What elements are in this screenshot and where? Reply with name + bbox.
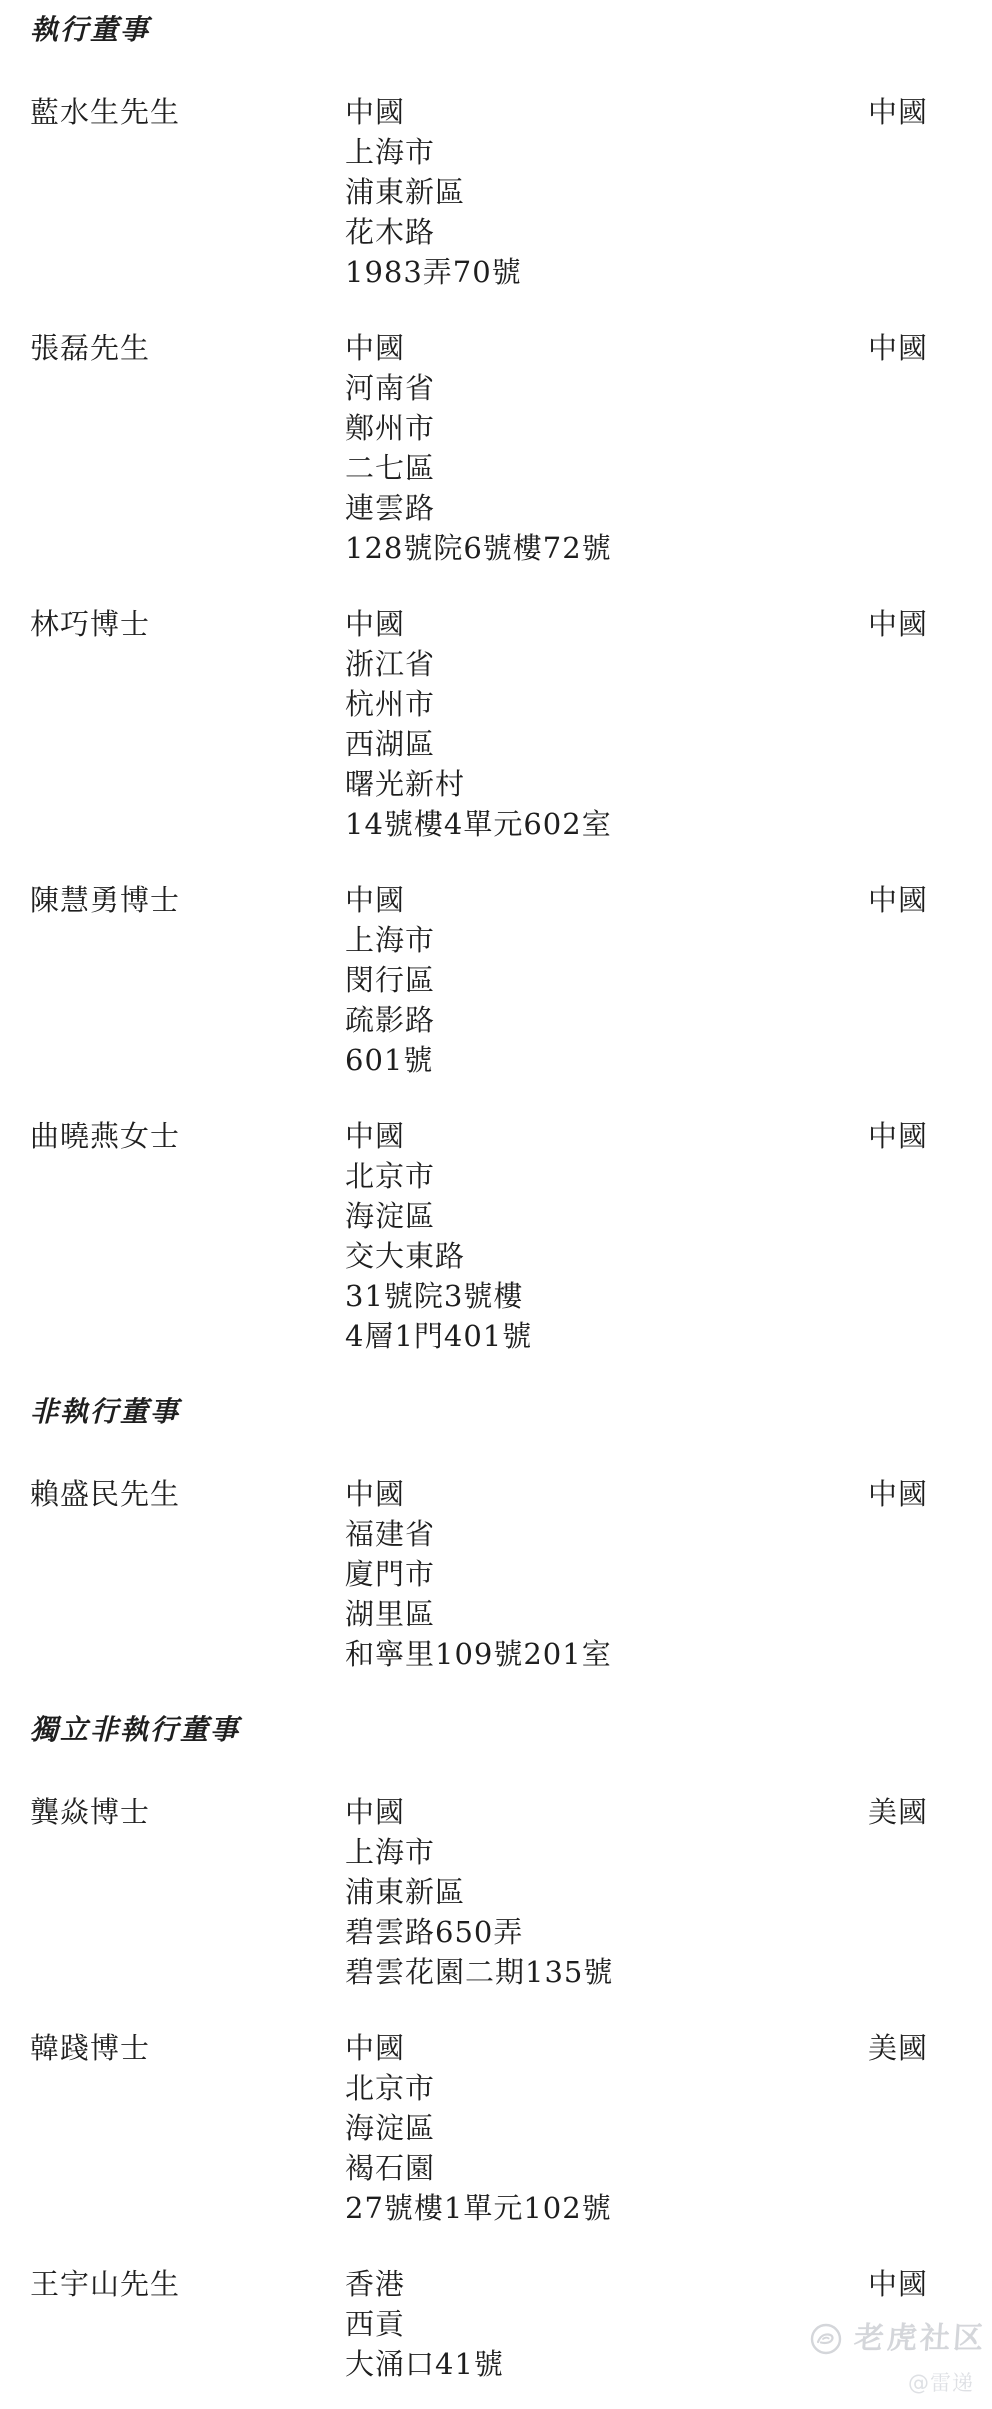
watermark-brand-row: 老虎社区 [810, 2319, 986, 2359]
section-body: 藍水生先生 中國上海市浦東新區花木路1983弄70號 中國 張磊先生 中國河南省… [30, 92, 992, 1356]
director-nationality: 中國 [868, 604, 992, 644]
address-line: 128號院6號樓72號 [345, 528, 868, 568]
address-line: 中國 [345, 328, 868, 368]
address-line: 疏影路 [345, 1000, 868, 1040]
address-line: 大涌口41號 [345, 2344, 868, 2384]
address-line: 中國 [345, 1116, 868, 1156]
director-row: 韓踐博士 中國北京市海淀區褐石園27號樓1單元102號 美國 [30, 2028, 992, 2228]
director-name: 曲曉燕女士 [30, 1116, 345, 1156]
watermark-author-text: @雷递 [810, 2363, 974, 2403]
section-body: 龔焱博士 中國上海市浦東新區碧雲路650弄碧雲花園二期135號 美國 韓踐博士 … [30, 1792, 992, 2384]
director-name: 賴盛民先生 [30, 1474, 345, 1514]
address-line: 西貢 [345, 2304, 868, 2344]
director-section: 獨立非執行董事 龔焱博士 中國上海市浦東新區碧雲路650弄碧雲花園二期135號 … [30, 1710, 992, 2384]
director-nationality: 美國 [868, 2028, 992, 2068]
director-row: 陳慧勇博士 中國上海市閔行區疏影路601號 中國 [30, 880, 992, 1080]
address-line: 廈門市 [345, 1554, 868, 1594]
director-address: 中國北京市海淀區褐石園27號樓1單元102號 [345, 2028, 868, 2228]
director-row: 龔焱博士 中國上海市浦東新區碧雲路650弄碧雲花園二期135號 美國 [30, 1792, 992, 1992]
director-address: 中國河南省鄭州市二七區連雲路128號院6號樓72號 [345, 328, 868, 568]
address-line: 浦東新區 [345, 1872, 868, 1912]
address-line: 中國 [345, 1474, 868, 1514]
section-heading-3: 獨立非執行董事 [30, 1710, 992, 1750]
director-row: 林巧博士 中國浙江省杭州市西湖區曙光新村14號樓4單元602室 中國 [30, 604, 992, 844]
address-line: 香港 [345, 2264, 868, 2304]
address-line: 海淀區 [345, 1196, 868, 1236]
director-address: 中國上海市閔行區疏影路601號 [345, 880, 868, 1080]
address-line: 湖里區 [345, 1594, 868, 1634]
director-section: 執行董事 藍水生先生 中國上海市浦東新區花木路1983弄70號 中國 張磊先生 … [30, 10, 992, 1356]
directors-list: 執行董事 藍水生先生 中國上海市浦東新區花木路1983弄70號 中國 張磊先生 … [30, 10, 992, 2384]
director-row: 張磊先生 中國河南省鄭州市二七區連雲路128號院6號樓72號 中國 [30, 328, 992, 568]
section-heading-1: 執行董事 [30, 10, 992, 50]
director-section: 非執行董事 賴盛民先生 中國福建省廈門市湖里區和寧里109號201室 中國 [30, 1392, 992, 1674]
address-line: 27號樓1單元102號 [345, 2188, 868, 2228]
director-address: 中國浙江省杭州市西湖區曙光新村14號樓4單元602室 [345, 604, 868, 844]
address-line: 14號樓4單元602室 [345, 804, 868, 844]
address-line: 交大東路 [345, 1236, 868, 1276]
address-line: 花木路 [345, 212, 868, 252]
address-line: 北京市 [345, 1156, 868, 1196]
address-line: 中國 [345, 880, 868, 920]
address-line: 碧雲花園二期135號 [345, 1952, 868, 1992]
address-line: 鄭州市 [345, 408, 868, 448]
address-line: 褐石園 [345, 2148, 868, 2188]
director-nationality: 中國 [868, 92, 992, 132]
address-line: 閔行區 [345, 960, 868, 1000]
address-line: 浙江省 [345, 644, 868, 684]
director-name: 王宇山先生 [30, 2264, 345, 2304]
address-line: 上海市 [345, 920, 868, 960]
address-line: 連雲路 [345, 488, 868, 528]
address-line: 西湖區 [345, 724, 868, 764]
director-name: 龔焱博士 [30, 1792, 345, 1832]
director-nationality: 中國 [868, 2264, 992, 2304]
address-line: 中國 [345, 92, 868, 132]
director-nationality: 美國 [868, 1792, 992, 1832]
address-line: 上海市 [345, 132, 868, 172]
address-line: 601號 [345, 1040, 868, 1080]
section-heading-2: 非執行董事 [30, 1392, 992, 1432]
director-nationality: 中國 [868, 1474, 992, 1514]
director-nationality: 中國 [868, 328, 992, 368]
address-line: 福建省 [345, 1514, 868, 1554]
address-line: 31號院3號樓 [345, 1276, 868, 1316]
address-line: 中國 [345, 1792, 868, 1832]
director-name: 陳慧勇博士 [30, 880, 345, 920]
director-row: 賴盛民先生 中國福建省廈門市湖里區和寧里109號201室 中國 [30, 1474, 992, 1674]
address-line: 河南省 [345, 368, 868, 408]
watermark-brand-text: 老虎社区 [853, 2319, 988, 2359]
director-address: 中國上海市浦東新區花木路1983弄70號 [345, 92, 868, 292]
director-name: 藍水生先生 [30, 92, 345, 132]
director-name: 林巧博士 [30, 604, 345, 644]
director-address: 中國上海市浦東新區碧雲路650弄碧雲花園二期135號 [345, 1792, 868, 1992]
address-line: 中國 [345, 604, 868, 644]
address-line: 1983弄70號 [345, 252, 868, 292]
director-address: 中國福建省廈門市湖里區和寧里109號201室 [345, 1474, 868, 1674]
address-line: 北京市 [345, 2068, 868, 2108]
address-line: 碧雲路650弄 [345, 1912, 868, 1952]
address-line: 上海市 [345, 1832, 868, 1872]
director-name: 張磊先生 [30, 328, 345, 368]
director-address: 香港西貢大涌口41號 [345, 2264, 868, 2384]
director-name: 韓踐博士 [30, 2028, 345, 2068]
director-row: 曲曉燕女士 中國北京市海淀區交大東路31號院3號樓4層1門401號 中國 [30, 1116, 992, 1356]
address-line: 和寧里109號201室 [345, 1634, 868, 1674]
watermark: 老虎社区 @雷递 [810, 2319, 986, 2403]
director-row: 藍水生先生 中國上海市浦東新區花木路1983弄70號 中國 [30, 92, 992, 292]
section-body: 賴盛民先生 中國福建省廈門市湖里區和寧里109號201室 中國 [30, 1474, 992, 1674]
address-line: 中國 [345, 2028, 868, 2068]
address-line: 海淀區 [345, 2108, 868, 2148]
address-line: 二七區 [345, 448, 868, 488]
director-nationality: 中國 [868, 1116, 992, 1156]
address-line: 4層1門401號 [345, 1316, 868, 1356]
director-nationality: 中國 [868, 880, 992, 920]
director-address: 中國北京市海淀區交大東路31號院3號樓4層1門401號 [345, 1116, 868, 1356]
address-line: 杭州市 [345, 684, 868, 724]
address-line: 浦東新區 [345, 172, 868, 212]
address-line: 曙光新村 [345, 764, 868, 804]
tiger-logo-icon [810, 2323, 842, 2355]
directors-registered-address-page: 執行董事 藍水生先生 中國上海市浦東新區花木路1983弄70號 中國 張磊先生 … [0, 0, 992, 2409]
